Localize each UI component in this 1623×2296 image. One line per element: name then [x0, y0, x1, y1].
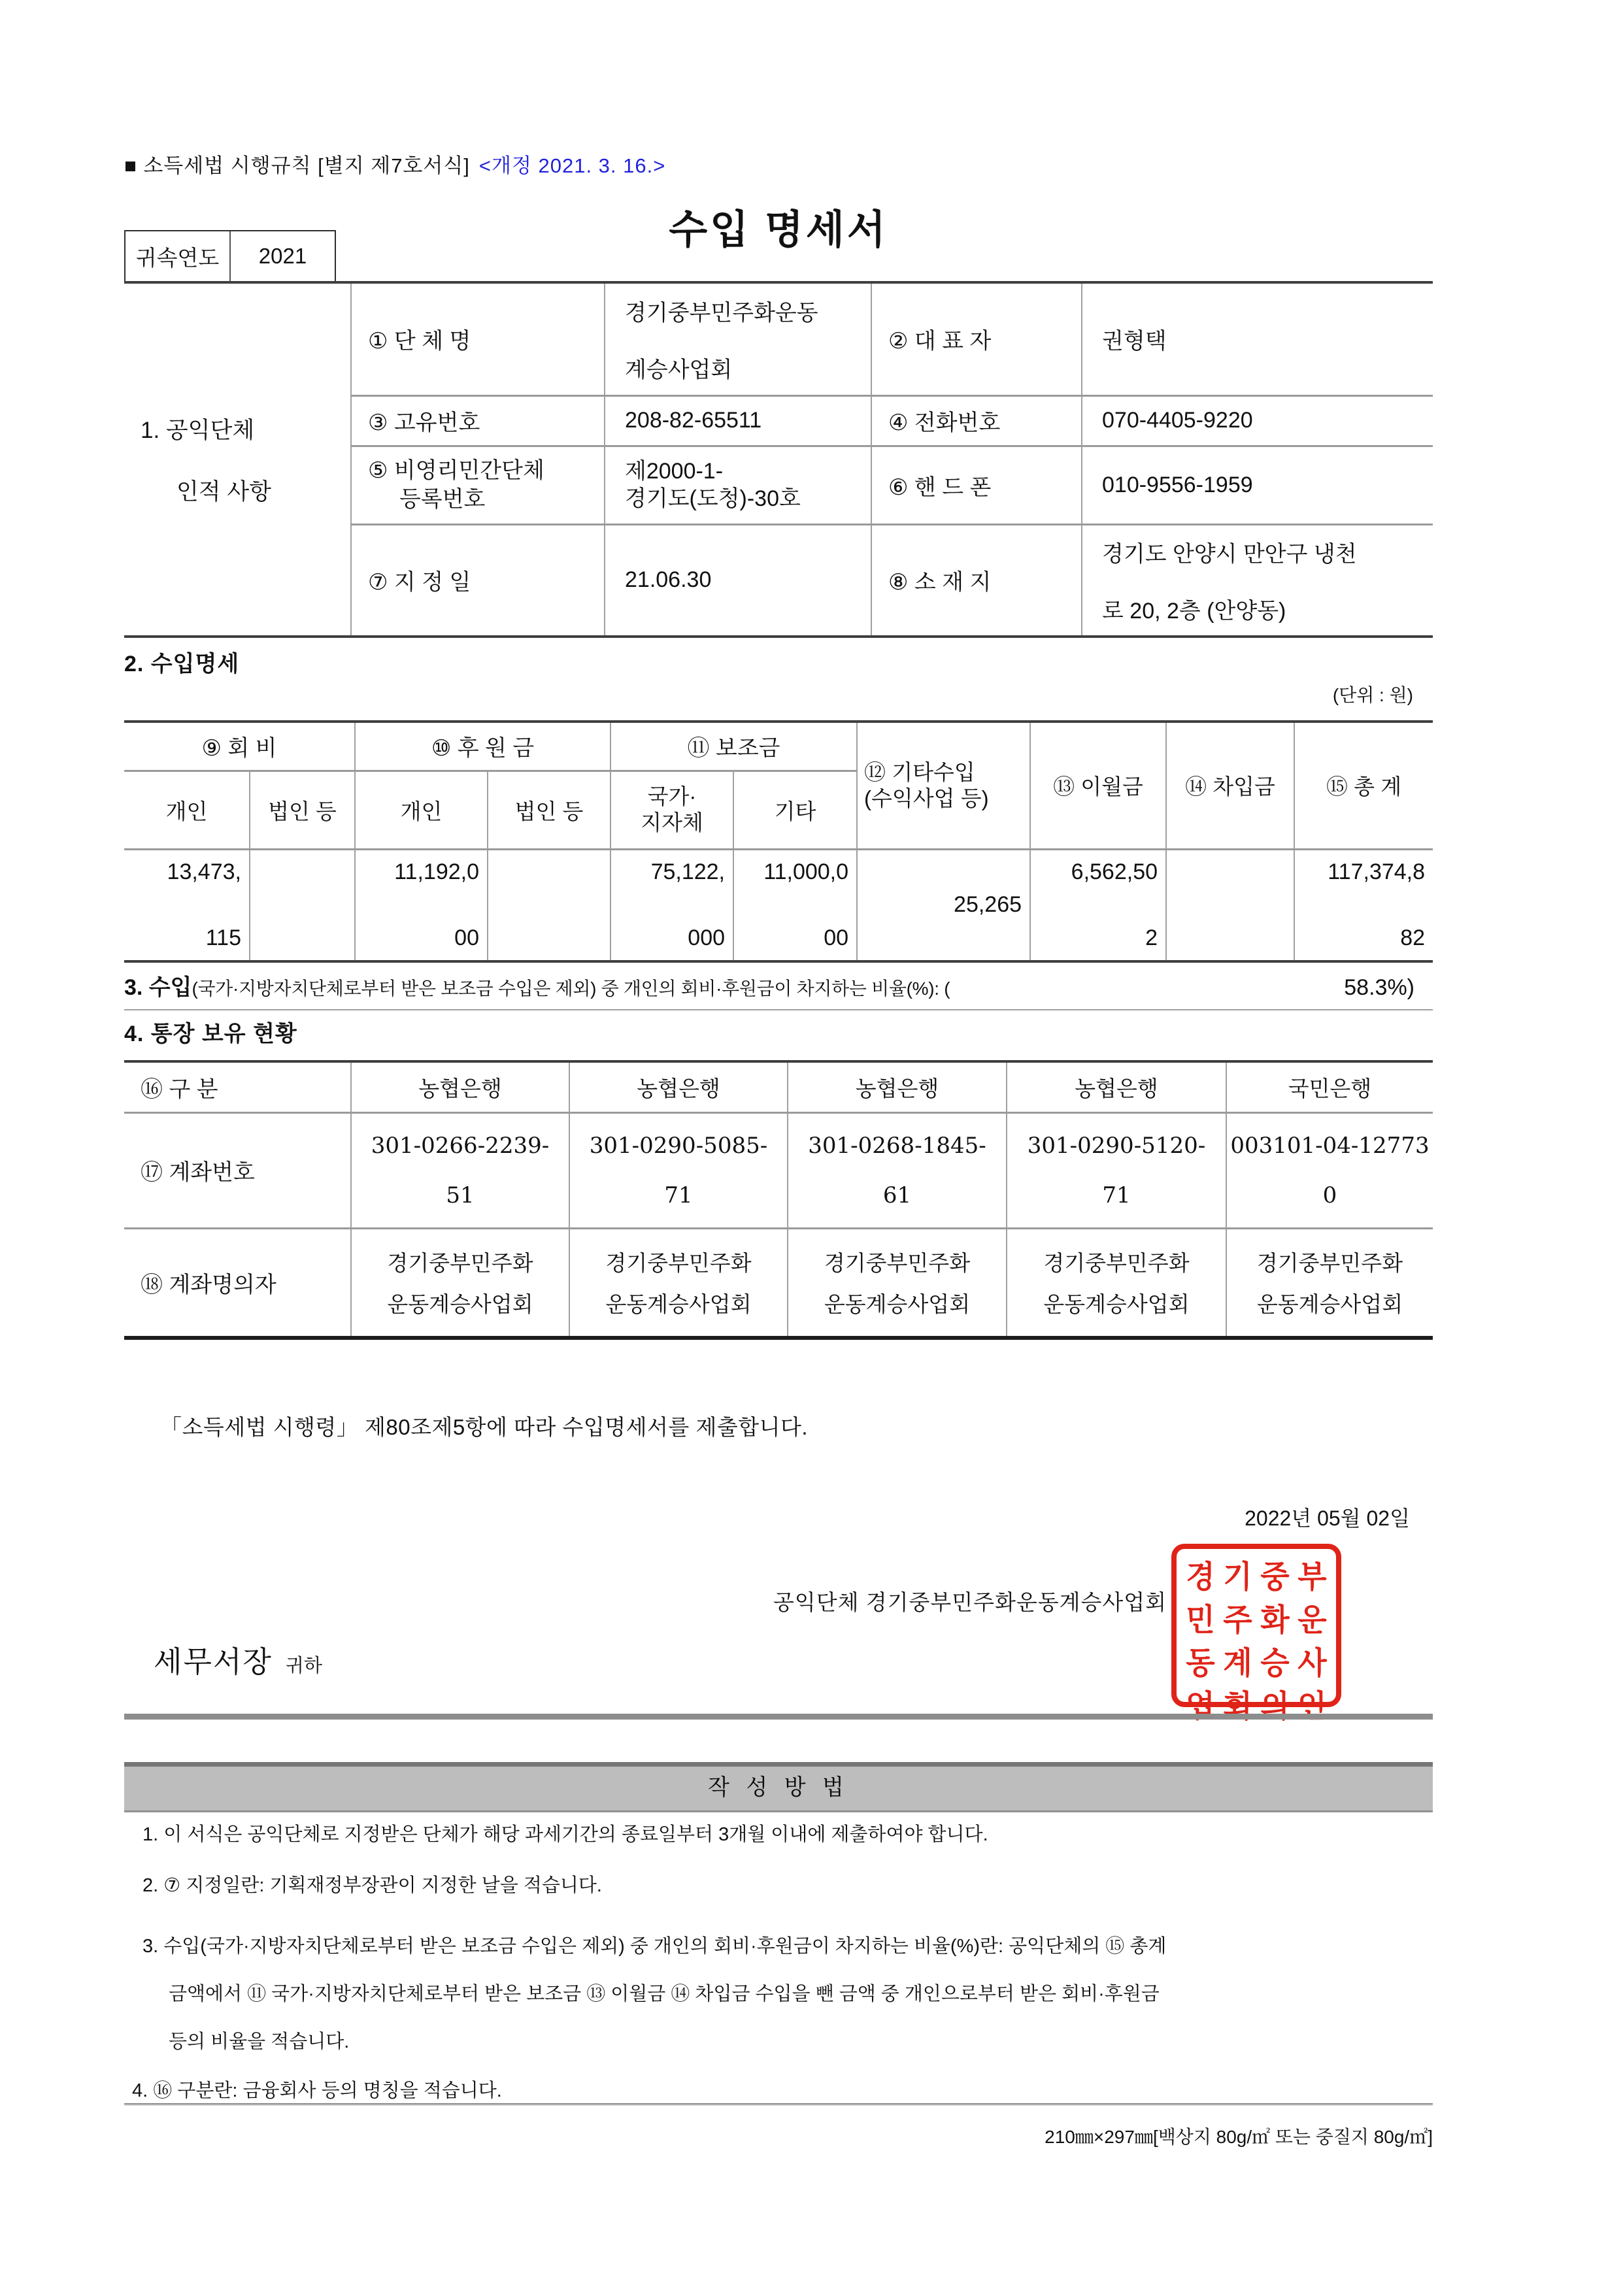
seal-char: 화: [1256, 1595, 1294, 1640]
seal-char: 중: [1256, 1552, 1294, 1597]
instructions-header-band: 작 성 방 법: [124, 1762, 1433, 1812]
org-info-table: 1. 공익단체 인적 사항 ① 단 체 명 경기중부민주화운동 계승사업회 ② …: [124, 281, 1433, 638]
account-number-2-line1: 301-0290-5085-: [590, 1133, 767, 1159]
borrowing-value: [1166, 849, 1294, 961]
section1-heading-line1: 1. 공익단체: [124, 412, 350, 445]
subsidy-gov-line2: 000: [688, 925, 725, 951]
recipient-honorific: 귀하: [286, 1651, 322, 1678]
account-holder-4-line1: 경기중부민주화: [1043, 1246, 1189, 1277]
account-number-3-line2: 61: [883, 1182, 911, 1208]
carryover-col-header: ⑬ 이월금: [1030, 722, 1166, 849]
subsidy-gov-header-line2: 지자체: [611, 810, 733, 836]
account-holder-1-line2: 운동계승사업회: [387, 1288, 533, 1318]
unit-note: (단위 : 원): [124, 681, 1413, 707]
membership-corp-value: [250, 849, 355, 961]
membership-individual-line1: 13,473,: [167, 859, 241, 885]
other-income-col-header: ⑫ 기타수입 (수익사업 등): [857, 722, 1030, 849]
instruction-item-2: 2. ⑦ 지정일란: 기획재정부장관이 지정한 날을 적습니다.: [124, 1871, 1433, 1897]
form-reference-text: ■ 소득세법 시행규칙 [별지 제7호서식]: [124, 154, 470, 177]
seal-char: 부: [1294, 1552, 1331, 1597]
other-income-value: 25,265: [857, 849, 1030, 961]
subsidy-gov-header: 국가· 지자체: [611, 771, 733, 849]
subsidy-gov-line1: 75,122,: [651, 859, 725, 885]
account-holder-1-line1: 경기중부민주화: [387, 1246, 533, 1277]
instruction-item-4: 4. ⑯ 구분란: 금융회사 등의 명칭을 적습니다.: [124, 2076, 1433, 2103]
submitter-name: 공익단체 경기중부민주화운동계승사업회: [124, 1586, 1167, 1616]
bank-name-3: 농협은행: [788, 1061, 1007, 1112]
seal-char: 업: [1182, 1682, 1219, 1727]
instruction-item-3: 3. 수입(국가·지방자치단체로부터 받은 보조금 수입은 제외) 중 개인의 …: [124, 1923, 1433, 2066]
year-label: 귀속연도: [125, 231, 229, 281]
bank-name-5: 국민은행: [1226, 1061, 1433, 1112]
representative-value: 권형택: [1082, 282, 1433, 395]
npo-reg-label: ⑤ 비영리민간단체 등록번호: [351, 446, 605, 524]
instruction-item-3-line2: 금액에서 ⑪ 국가·지방자치단체로부터 받은 보조금 ⑬ 이월금 ⑭ 차입금 수…: [142, 1971, 1433, 2018]
account-number-1-line1: 301-0266-2239-: [371, 1133, 549, 1159]
bank-type-row-label: ⑯ 구 분: [124, 1061, 351, 1112]
representative-label: ② 대 표 자: [871, 282, 1082, 395]
npo-reg-line2: 경기도(도청)-30호: [625, 485, 871, 512]
form-reference-note: ■ 소득세법 시행규칙 [별지 제7호서식]<개정 2021. 3. 16.>: [124, 149, 665, 178]
donation-individual-line2: 00: [454, 925, 479, 951]
seal-char: 인: [1294, 1682, 1331, 1727]
ratio-statement: 3. 수입 (국가·지방자치단체로부터 받은 보조금 수입은 제외) 중 개인의…: [124, 969, 1433, 1001]
npo-reg-label-line1: ⑤ 비영리민간단체: [368, 456, 604, 485]
membership-individual-header: 개인: [124, 771, 250, 849]
divider-above-section4: [124, 1009, 1433, 1010]
account-number-4-line2: 71: [1102, 1182, 1130, 1208]
seal-char: 기: [1219, 1552, 1256, 1597]
npo-reg-label-line2: 등록번호: [368, 485, 604, 514]
seal-char: 회: [1219, 1682, 1256, 1727]
subsidy-gov-value: 75,122, 000: [611, 849, 733, 961]
account-holder-row-label: ⑱ 계좌명의자: [124, 1228, 351, 1338]
account-holder-5-line1: 경기중부민주화: [1257, 1246, 1403, 1277]
other-income-header-line2: (수익사업 등): [864, 786, 1029, 812]
tax-id-label: ③ 고유번호: [351, 395, 605, 446]
donation-individual-value: 11,192,0 00: [355, 849, 488, 961]
subsidy-col-header: ⑪ 보조금: [611, 722, 857, 771]
membership-col-header: ⑨ 회 비: [124, 722, 355, 771]
year-value: 2021: [229, 231, 335, 281]
seal-char: 동: [1182, 1639, 1219, 1684]
attribution-year-box: 귀속연도 2021: [124, 230, 336, 281]
donation-col-header: ⑩ 후 원 금: [355, 722, 611, 771]
account-number-2-line2: 71: [664, 1182, 692, 1208]
bank-name-4: 농협은행: [1007, 1061, 1226, 1112]
borrowing-col-header: ⑭ 차입금: [1166, 722, 1294, 849]
tax-id-value: 208-82-65511: [605, 395, 871, 446]
account-holder-4-line2: 운동계승사업회: [1043, 1288, 1189, 1318]
npo-reg-line1: 제2000-1-: [625, 458, 871, 485]
npo-reg-cell: 제2000-1- 경기도(도청)-30호: [605, 446, 871, 524]
ratio-body: (국가·지방자치단체로부터 받은 보조금 수입은 제외) 중 개인의 회비·후원…: [192, 974, 950, 1001]
revision-note: <개정 2021. 3. 16.>: [479, 154, 665, 177]
phone-value: 070-4405-9220: [1082, 395, 1433, 446]
account-number-4: 301-0290-5120-71: [1007, 1112, 1226, 1228]
donation-corp-header: 법인 등: [488, 771, 611, 849]
account-number-row-label: ⑰ 계좌번호: [124, 1112, 351, 1228]
account-holder-5-line2: 운동계승사업회: [1257, 1288, 1403, 1318]
carryover-line1: 6,562,50: [1071, 859, 1158, 885]
other-income-header-line1: ⑫ 기타수입: [864, 759, 1029, 786]
donation-corp-value: [488, 849, 611, 961]
recipient-title: 세무서장: [154, 1638, 273, 1680]
account-number-3-line1: 301-0268-1845-: [808, 1133, 986, 1159]
account-holder-2: 경기중부민주화운동계승사업회: [569, 1228, 788, 1338]
seal-char: 경: [1182, 1552, 1219, 1597]
account-number-1-line2: 51: [446, 1182, 474, 1208]
seal-char: 계: [1219, 1639, 1256, 1684]
account-number-3: 301-0268-1845-61: [788, 1112, 1007, 1228]
total-line2: 82: [1400, 925, 1425, 951]
accounts-table: ⑯ 구 분 농협은행 농협은행 농협은행 농협은행 국민은행 ⑰ 계좌번호 30…: [124, 1060, 1433, 1340]
membership-individual-line2: 115: [206, 925, 241, 951]
subsidy-etc-value: 11,000,0 00: [733, 849, 857, 961]
account-holder-3-line1: 경기중부민주화: [824, 1246, 970, 1277]
instructions-title: 작 성 방 법: [124, 1767, 1433, 1809]
carryover-value: 6,562,50 2: [1030, 849, 1166, 961]
seal-char: 승: [1256, 1639, 1294, 1684]
account-holder-1: 경기중부민주화운동계승사업회: [351, 1228, 569, 1338]
section1-heading-line2: 인적 사항: [124, 474, 350, 507]
donation-individual-header: 개인: [355, 771, 488, 849]
total-line1: 117,374,8: [1328, 859, 1425, 885]
account-holder-3-line2: 운동계승사업회: [824, 1288, 970, 1318]
designation-date-value: 21.06.30: [605, 524, 871, 637]
account-holder-3: 경기중부민주화운동계승사업회: [788, 1228, 1007, 1338]
account-holder-4: 경기중부민주화운동계승사업회: [1007, 1228, 1226, 1338]
paper-spec-note: 210㎜×297㎜[백상지 80g/㎡ 또는 중질지 80g/㎡]: [124, 2123, 1433, 2149]
bank-name-1: 농협은행: [351, 1061, 569, 1112]
submission-statement: 「소득세법 시행령」 제80조제5항에 따라 수입명세서를 제출합니다.: [124, 1410, 808, 1441]
account-number-1: 301-0266-2239-51: [351, 1112, 569, 1228]
divider-above-footer: [124, 2103, 1433, 2106]
ratio-prefix: 3. 수입: [124, 969, 192, 1001]
account-number-2: 301-0290-5085-71: [569, 1112, 788, 1228]
org-name-line2: 계승사업회: [625, 352, 871, 384]
divider-above-instructions: [124, 1714, 1433, 1720]
ratio-value: 58.3%): [1344, 975, 1433, 1001]
income-table: ⑨ 회 비 ⑩ 후 원 금 ⑪ 보조금 ⑫ 기타수입 (수익사업 등) ⑬ 이월…: [124, 720, 1433, 963]
address-line2: 로 20, 2층 (안양동): [1102, 593, 1433, 625]
mobile-value: 010-9556-1959: [1082, 446, 1433, 524]
section4-heading: 4. 통장 보유 현황: [124, 1016, 297, 1048]
seal-char: 주: [1219, 1595, 1256, 1640]
account-number-4-line1: 301-0290-5120-: [1028, 1133, 1205, 1159]
org-name-cell: 경기중부민주화운동 계승사업회: [605, 282, 871, 395]
membership-individual-value: 13,473, 115: [124, 849, 250, 961]
account-number-5-line2: 0: [1323, 1182, 1337, 1208]
mobile-label: ⑥ 핸 드 폰: [871, 446, 1082, 524]
submission-date: 2022년 05월 02일: [124, 1502, 1433, 1532]
org-name-label: ① 단 체 명: [351, 282, 605, 395]
subsidy-etc-line1: 11,000,0: [763, 859, 848, 885]
bank-name-2: 농협은행: [569, 1061, 788, 1112]
document-page: ■ 소득세법 시행규칙 [별지 제7호서식]<개정 2021. 3. 16.> …: [0, 0, 1623, 2296]
recipient-line: 세무서장 귀하: [124, 1638, 322, 1680]
subsidy-etc-line2: 00: [824, 925, 848, 951]
section1-heading-cell: 1. 공익단체 인적 사항: [124, 282, 351, 637]
address-label: ⑧ 소 재 지: [871, 524, 1082, 637]
seal-char: 의: [1256, 1682, 1294, 1727]
total-value: 117,374,8 82: [1294, 849, 1433, 961]
instruction-item-3-line3: 등의 비율을 적습니다.: [142, 2018, 1433, 2066]
account-holder-5: 경기중부민주화운동계승사업회: [1226, 1228, 1433, 1338]
seal-char: 민: [1182, 1595, 1219, 1640]
address-cell: 경기도 안양시 만안구 냉천 로 20, 2층 (안양동): [1082, 524, 1433, 637]
organization-seal: 경기중부 민주화운 동계승사 업회의인: [1171, 1544, 1341, 1707]
section2-heading: 2. 수입명세: [124, 646, 239, 678]
seal-char: 사: [1294, 1639, 1331, 1684]
account-holder-2-line1: 경기중부민주화: [605, 1246, 751, 1277]
phone-label: ④ 전화번호: [871, 395, 1082, 446]
designation-date-label: ⑦ 지 정 일: [351, 524, 605, 637]
instruction-item-1: 1. 이 서식은 공익단체로 지정받은 단체가 해당 과세기간의 종료일부터 3…: [124, 1820, 1433, 1846]
total-col-header: ⑮ 총 계: [1294, 722, 1433, 849]
address-line1: 경기도 안양시 만안구 냉천: [1102, 536, 1433, 568]
instruction-item-3-line1: 3. 수입(국가·지방자치단체로부터 받은 보조금 수입은 제외) 중 개인의 …: [142, 1923, 1433, 1971]
org-name-line1: 경기중부민주화운동: [625, 295, 871, 327]
subsidy-gov-header-line1: 국가·: [611, 784, 733, 810]
account-number-5-line1: 003101-04-12773: [1230, 1133, 1429, 1159]
subsidy-etc-header: 기타: [733, 771, 857, 849]
donation-individual-line1: 11,192,0: [394, 859, 479, 885]
membership-corp-header: 법인 등: [250, 771, 355, 849]
account-holder-2-line2: 운동계승사업회: [605, 1288, 751, 1318]
seal-char: 운: [1294, 1595, 1331, 1640]
account-number-5: 003101-04-127730: [1226, 1112, 1433, 1228]
carryover-line2: 2: [1145, 925, 1158, 951]
